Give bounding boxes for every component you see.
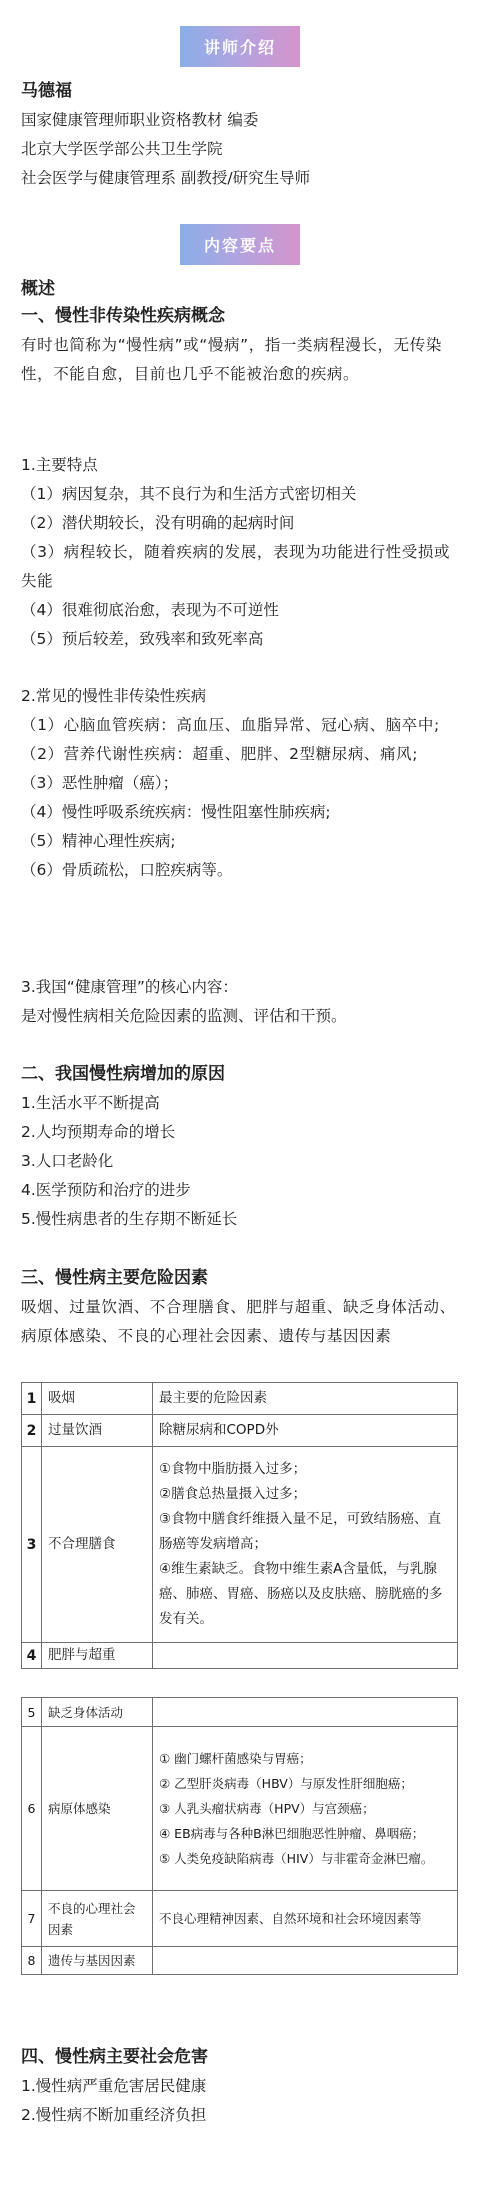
part1-intro: 有时也简称为“慢性病”或“慢病”，指一类病程漫长，无传染性，不能自愈，目前也几乎… xyxy=(21,331,460,389)
risk-name: 过量饮酒 xyxy=(42,1415,153,1447)
feature-item: （3）病程较长，随着疾病的发展，表现为功能进行性受损或失能 xyxy=(21,538,460,596)
table-row: 2 过量饮酒 除糖尿病和COPD外 xyxy=(22,1415,458,1447)
instructor-title-3: 社会医学与健康管理系 副教授/研究生导师 xyxy=(21,164,460,193)
common-item: （4）慢性呼吸系统疾病：慢性阻塞性肺疾病; xyxy=(21,798,460,827)
part3-section: 三、慢性病主要危险因素 吸烟、过量饮酒、不合理膳食、肥胖与超重、缺乏身体活动、病… xyxy=(21,1264,460,1351)
row-number: 8 xyxy=(22,1947,42,1975)
instructor-title-1: 国家健康管理师职业资格教材 编委 xyxy=(21,106,460,135)
row-number: 1 xyxy=(22,1383,42,1415)
reason-item: 4.医学预防和治疗的进步 xyxy=(21,1176,460,1205)
feature-item: （4）很难彻底治愈，表现为不可逆性 xyxy=(21,596,460,625)
risk-desc: ① 幽门螺杆菌感染与胃癌； ② 乙型肝炎病毒（HBV）与原发性肝细胞癌； ③ 人… xyxy=(153,1727,458,1891)
row-number: 6 xyxy=(22,1727,42,1891)
table-row: 6 病原体感染 ① 幽门螺杆菌感染与胃癌； ② 乙型肝炎病毒（HBV）与原发性肝… xyxy=(22,1727,458,1891)
common-item: （3）恶性肿瘤（癌）； xyxy=(21,769,460,798)
common-item: （1）心脑血管疾病：高血压、血脂异常、冠心病、脑卒中; xyxy=(21,711,460,740)
risk-desc: 除糖尿病和COPD外 xyxy=(153,1415,458,1447)
reason-item: 2.人均预期寿命的增长 xyxy=(21,1118,460,1147)
reason-item: 5.慢性病患者的生存期不断延长 xyxy=(21,1205,460,1234)
row-number: 7 xyxy=(22,1891,42,1947)
instructor-intro-badge: 讲师介绍 xyxy=(180,26,300,67)
reason-item: 3.人口老龄化 xyxy=(21,1147,460,1176)
reason-item: 1.生活水平不断提高 xyxy=(21,1089,460,1118)
risk-desc-line: ②膳食总热量摄入过多； xyxy=(159,1482,451,1507)
features-list: 1.主要特点 （1）病因复杂，其不良行为和生活方式密切相关 （2）潜伏期较长，没… xyxy=(21,451,460,654)
table-row: 5 缺乏身体活动 xyxy=(22,1698,458,1727)
part1-section: 概述 一、慢性非传染性疾病概念 有时也简称为“慢性病”或“慢病”，指一类病程漫长… xyxy=(21,276,460,389)
risk-desc: ①食物中脂肪摄入过多； ②膳食总热量摄入过多； ③食物中膳食纤维摄入量不足，可致… xyxy=(153,1447,458,1643)
risk-desc: 不良心理精神因素、自然环境和社会环境因素等 xyxy=(153,1891,458,1947)
table-row: 8 遗传与基因因素 xyxy=(22,1947,458,1975)
harm-item: 1.慢性病严重危害居民健康 xyxy=(21,2072,460,2101)
risk-factor-table-b: 5 缺乏身体活动 6 病原体感染 ① 幽门螺杆菌感染与胃癌； ② 乙型肝炎病毒（… xyxy=(21,1697,458,1975)
harm-item: 2.慢性病不断加重经济负担 xyxy=(21,2101,460,2130)
risk-desc-line: ② 乙型肝炎病毒（HBV）与原发性肝细胞癌； xyxy=(159,1771,451,1796)
row-number: 2 xyxy=(22,1415,42,1447)
features-title: 1.主要特点 xyxy=(21,451,460,480)
risk-desc xyxy=(153,1643,458,1669)
risk-desc-line: ③食物中膳食纤维摄入量不足，可致结肠癌、直肠癌等发病增高； xyxy=(159,1507,451,1557)
risk-desc-line: ④维生素缺乏。食物中维生素A含量低，与乳腺癌、肺癌、胃癌、肠癌以及皮肤癌、膀胱癌… xyxy=(159,1557,451,1632)
common-item: （6）骨质疏松，口腔疾病等。 xyxy=(21,856,460,885)
risk-desc-line: ①食物中脂肪摄入过多； xyxy=(159,1457,451,1482)
feature-item: （5）预后较差，致残率和致死率高 xyxy=(21,625,460,654)
part3-heading: 三、慢性病主要危险因素 xyxy=(21,1264,460,1293)
table-row: 7 不良的心理社会因素 不良心理精神因素、自然环境和社会环境因素等 xyxy=(22,1891,458,1947)
overview-label: 概述 xyxy=(21,276,460,302)
common-item: （2）营养代谢性疾病：超重、肥胖、2型糖尿病、痛风; xyxy=(21,740,460,769)
part2-section: 二、我国慢性病增加的原因 1.生活水平不断提高 2.人均预期寿命的增长 3.人口… xyxy=(21,1060,460,1234)
common-title: 2.常见的慢性非传染性疾病 xyxy=(21,682,460,711)
instructor-title-2: 北京大学医学部公共卫生学院 xyxy=(21,135,460,164)
common-item: （5）精神心理性疾病; xyxy=(21,827,460,856)
part1-heading: 一、慢性非传染性疾病概念 xyxy=(21,302,460,331)
risk-name: 缺乏身体活动 xyxy=(42,1698,153,1727)
table-row: 4 肥胖与超重 xyxy=(22,1643,458,1669)
risk-name: 不良的心理社会因素 xyxy=(42,1891,153,1947)
common-diseases-list: 2.常见的慢性非传染性疾病 （1）心脑血管疾病：高血压、血脂异常、冠心病、脑卒中… xyxy=(21,682,460,885)
instructor-name: 马德福 xyxy=(21,76,460,106)
risk-name: 吸烟 xyxy=(42,1383,153,1415)
part3-intro: 吸烟、过量饮酒、不合理膳食、肥胖与超重、缺乏身体活动、病原体感染、不良的心理社会… xyxy=(21,1293,460,1351)
risk-name: 肥胖与超重 xyxy=(42,1643,153,1669)
part4-heading: 四、慢性病主要社会危害 xyxy=(21,2043,460,2072)
risk-name: 病原体感染 xyxy=(42,1727,153,1891)
row-number: 5 xyxy=(22,1698,42,1727)
core-title: 3.我国“健康管理”的核心内容： xyxy=(21,973,460,1002)
core-content: 3.我国“健康管理”的核心内容： 是对慢性病相关危险因素的监测、评估和干预。 xyxy=(21,973,460,1031)
risk-desc-line: ④ EB病毒与各种B淋巴细胞恶性肿瘤、鼻咽癌； xyxy=(159,1821,451,1846)
risk-desc xyxy=(153,1947,458,1975)
part4-section: 四、慢性病主要社会危害 1.慢性病严重危害居民健康 2.慢性病不断加重经济负担 xyxy=(21,2043,460,2130)
risk-desc-line: ③ 人乳头瘤状病毒（HPV）与宫颈癌； xyxy=(159,1796,451,1821)
instructor-info: 马德福 国家健康管理师职业资格教材 编委 北京大学医学部公共卫生学院 社会医学与… xyxy=(21,76,460,193)
risk-name: 不合理膳食 xyxy=(42,1447,153,1643)
risk-desc: 最主要的危险因素 xyxy=(153,1383,458,1415)
feature-item: （1）病因复杂，其不良行为和生活方式密切相关 xyxy=(21,480,460,509)
row-number: 3 xyxy=(22,1447,42,1643)
risk-factor-table-a: 1 吸烟 最主要的危险因素 2 过量饮酒 除糖尿病和COPD外 3 不合理膳食 … xyxy=(21,1382,458,1669)
table-row: 3 不合理膳食 ①食物中脂肪摄入过多； ②膳食总热量摄入过多； ③食物中膳食纤维… xyxy=(22,1447,458,1643)
table-row: 1 吸烟 最主要的危险因素 xyxy=(22,1383,458,1415)
risk-desc-line: ⑤ 人类免疫缺陷病毒（HIV）与非霍奇金淋巴瘤。 xyxy=(159,1846,451,1871)
core-text: 是对慢性病相关危险因素的监测、评估和干预。 xyxy=(21,1002,460,1031)
content-points-badge: 内容要点 xyxy=(180,224,300,265)
feature-item: （2）潜伏期较长，没有明确的起病时间 xyxy=(21,509,460,538)
risk-name: 遗传与基因因素 xyxy=(42,1947,153,1975)
part2-heading: 二、我国慢性病增加的原因 xyxy=(21,1060,460,1089)
row-number: 4 xyxy=(22,1643,42,1669)
risk-desc-line: ① 幽门螺杆菌感染与胃癌； xyxy=(159,1746,451,1771)
risk-desc xyxy=(153,1698,458,1727)
